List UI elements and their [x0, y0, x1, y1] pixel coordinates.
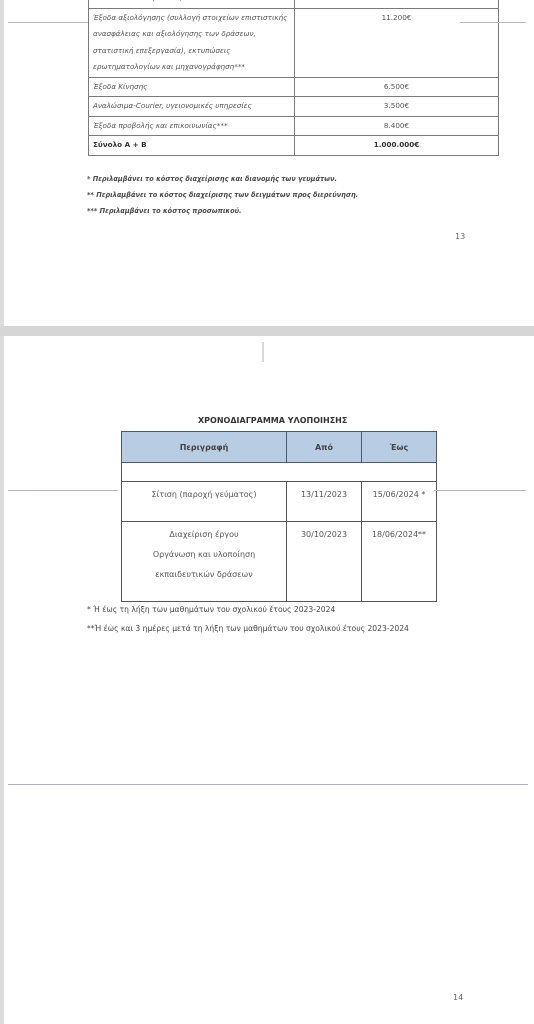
row-description: Έξοδα Κίνησης: [89, 77, 295, 97]
row-description: εκπαιδευτικών δράσεων/υλικού: [89, 0, 295, 8]
desc-line: Οργάνωση και υλοποίηση: [122, 545, 286, 565]
divider-line: [434, 490, 526, 491]
table-header-row: Περιγραφή Από Έως: [122, 432, 437, 463]
table-row: Σίτιση (παροχή γεύματος) 13/11/2023 15/0…: [122, 482, 437, 522]
row-description: Σίτιση (παροχή γεύματος): [122, 482, 287, 522]
row-to: 15/06/2024 *: [362, 482, 437, 522]
table-row: εκπαιδευτικών δράσεων/υλικού: [89, 0, 499, 8]
footnote: * Ή έως τη λήξη των μαθημάτων του σχολικ…: [87, 600, 409, 619]
empty-cell: [122, 463, 437, 482]
desc-line: Σίτιση (παροχή γεύματος): [122, 485, 286, 505]
table-row-empty: [122, 463, 437, 482]
footnotes: * Ή έως τη λήξη των μαθημάτων του σχολικ…: [87, 600, 409, 638]
row-to: 18/06/2024**: [362, 522, 437, 602]
row-description: Έξοδα αξιολόγησης (συλλογή στοιχείων επι…: [89, 8, 295, 77]
table-row: Αναλώσιμα-Courier, υγειονομικές υπηρεσίε…: [89, 97, 499, 117]
column-header: Περιγραφή: [122, 432, 287, 463]
page-number: 14: [453, 993, 463, 1002]
budget-table: εκπαιδευτικών δράσεων/υλικού Έξοδα αξιολ…: [88, 0, 499, 156]
scan-mark: [262, 342, 264, 362]
row-amount: 3.500€: [295, 97, 499, 117]
divider-line: [8, 490, 118, 491]
footnote: ** Περιλαμβάνει το κόστος διαχείρισης τω…: [87, 187, 358, 203]
table-row: Έξοδα αξιολόγησης (συλλογή στοιχείων επι…: [89, 8, 499, 77]
total-amount: 1.000.000€: [295, 136, 499, 156]
row-description: Αναλώσιμα-Courier, υγειονομικές υπηρεσίε…: [89, 97, 295, 117]
table-row: Διαχείριση έργου Οργάνωση και υλοποίηση …: [122, 522, 437, 602]
table-row: Έξοδα προβολής και επικοινωνίας*** 8.400…: [89, 116, 499, 136]
footnotes: * Περιλαμβάνει το κόστος διαχείρισης και…: [87, 171, 358, 219]
table-row: Έξοδα Κίνησης 6.500€: [89, 77, 499, 97]
page-14: ΧΡΟΝΟΔΙΑΓΡΑΜΜΑ ΥΛΟΠΟΙΗΣΗΣ Περιγραφή Από …: [4, 336, 534, 1024]
row-from: 13/11/2023: [287, 482, 362, 522]
total-label: Σύνολο Α + Β: [89, 136, 295, 156]
page-separator: [0, 326, 534, 336]
footnote: *** Περιλαμβάνει το κόστος προσωπικού.: [87, 203, 358, 219]
divider-line: [8, 784, 528, 785]
schedule-table: Περιγραφή Από Έως Σίτιση (παροχή γεύματο…: [121, 431, 437, 602]
desc-line: εκπαιδευτικών δράσεων: [122, 565, 286, 585]
row-description: Έξοδα προβολής και επικοινωνίας***: [89, 116, 295, 136]
column-header: Έως: [362, 432, 437, 463]
row-amount: [295, 0, 499, 8]
column-header: Από: [287, 432, 362, 463]
total-row: Σύνολο Α + Β 1.000.000€: [89, 136, 499, 156]
page-13: εκπαιδευτικών δράσεων/υλικού Έξοδα αξιολ…: [4, 0, 534, 326]
page-number: 13: [455, 232, 465, 241]
row-amount: 11.200€: [295, 8, 499, 77]
row-amount: 6.500€: [295, 77, 499, 97]
divider-line: [8, 22, 88, 23]
row-amount: 8.400€: [295, 116, 499, 136]
row-description: Διαχείριση έργου Οργάνωση και υλοποίηση …: [122, 522, 287, 602]
footnote: **Ή έως και 3 ημέρες μετά τη λήξη των μα…: [87, 619, 409, 638]
footnote: * Περιλαμβάνει το κόστος διαχείρισης και…: [87, 171, 358, 187]
desc-line: Διαχείριση έργου: [122, 525, 286, 545]
schedule-title: ΧΡΟΝΟΔΙΑΓΡΑΜΜΑ ΥΛΟΠΟΙΗΣΗΣ: [198, 416, 347, 425]
divider-line: [460, 22, 526, 23]
row-from: 30/10/2023: [287, 522, 362, 602]
